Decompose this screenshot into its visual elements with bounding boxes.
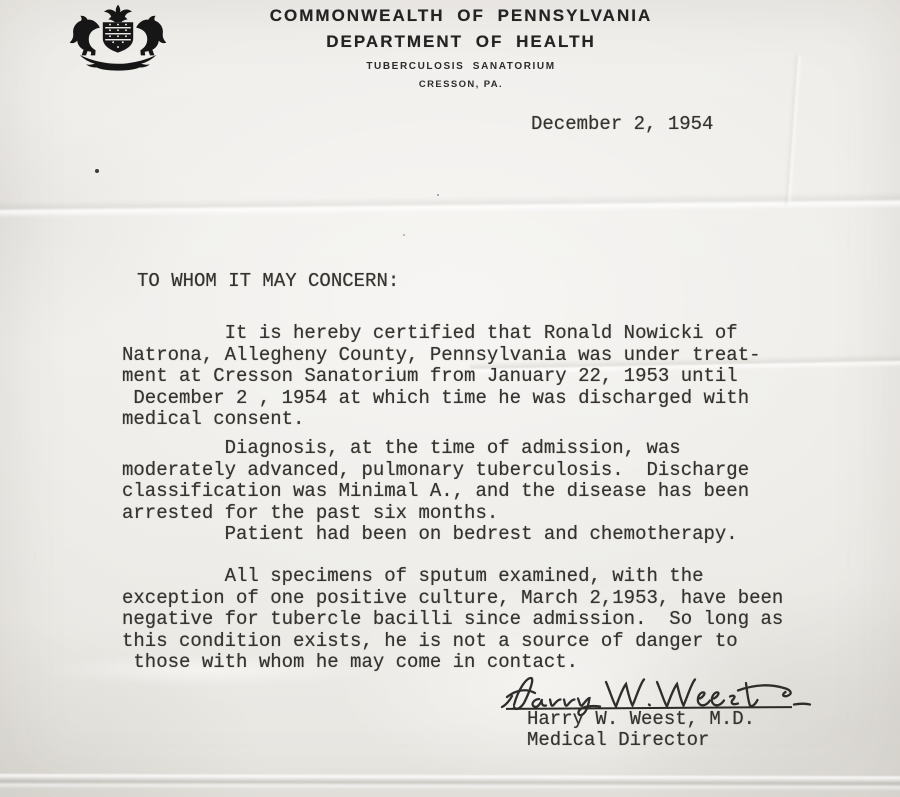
body-paragraph-3: Patient had been on bedrest and chemothe…: [122, 524, 738, 546]
letterhead-department: DEPARTMENT OF HEALTH: [22, 32, 900, 52]
ink-speck: [437, 194, 439, 196]
letterhead-location: CRESSON, PA.: [22, 79, 900, 90]
typed-signature-title: Medical Director: [527, 730, 709, 752]
paper-fold-line: [0, 774, 900, 791]
letter-page: COMMONWEALTH OF PENNSYLVANIA DEPARTMENT …: [0, 0, 900, 797]
ink-speck: [95, 169, 99, 173]
body-paragraph-1: It is hereby certified that Ronald Nowic…: [122, 323, 761, 431]
paper-crease-horizontal: [0, 192, 900, 218]
body-paragraph-2: Diagnosis, at the time of admission, was…: [122, 438, 749, 524]
date-line: December 2, 1954: [531, 114, 713, 136]
typed-signature-name: Harry W. Weest, M.D.: [527, 709, 755, 731]
body-paragraph-4: All specimens of sputum examined, with t…: [122, 566, 783, 674]
salutation: TO WHOM IT MAY CONCERN:: [137, 271, 399, 293]
letterhead: COMMONWEALTH OF PENNSYLVANIA DEPARTMENT …: [22, 6, 900, 90]
letterhead-commonwealth: COMMONWEALTH OF PENNSYLVANIA: [22, 6, 900, 26]
ink-speck: [403, 234, 405, 236]
letterhead-sanatorium: TUBERCULOSIS SANATORIUM: [22, 61, 900, 72]
